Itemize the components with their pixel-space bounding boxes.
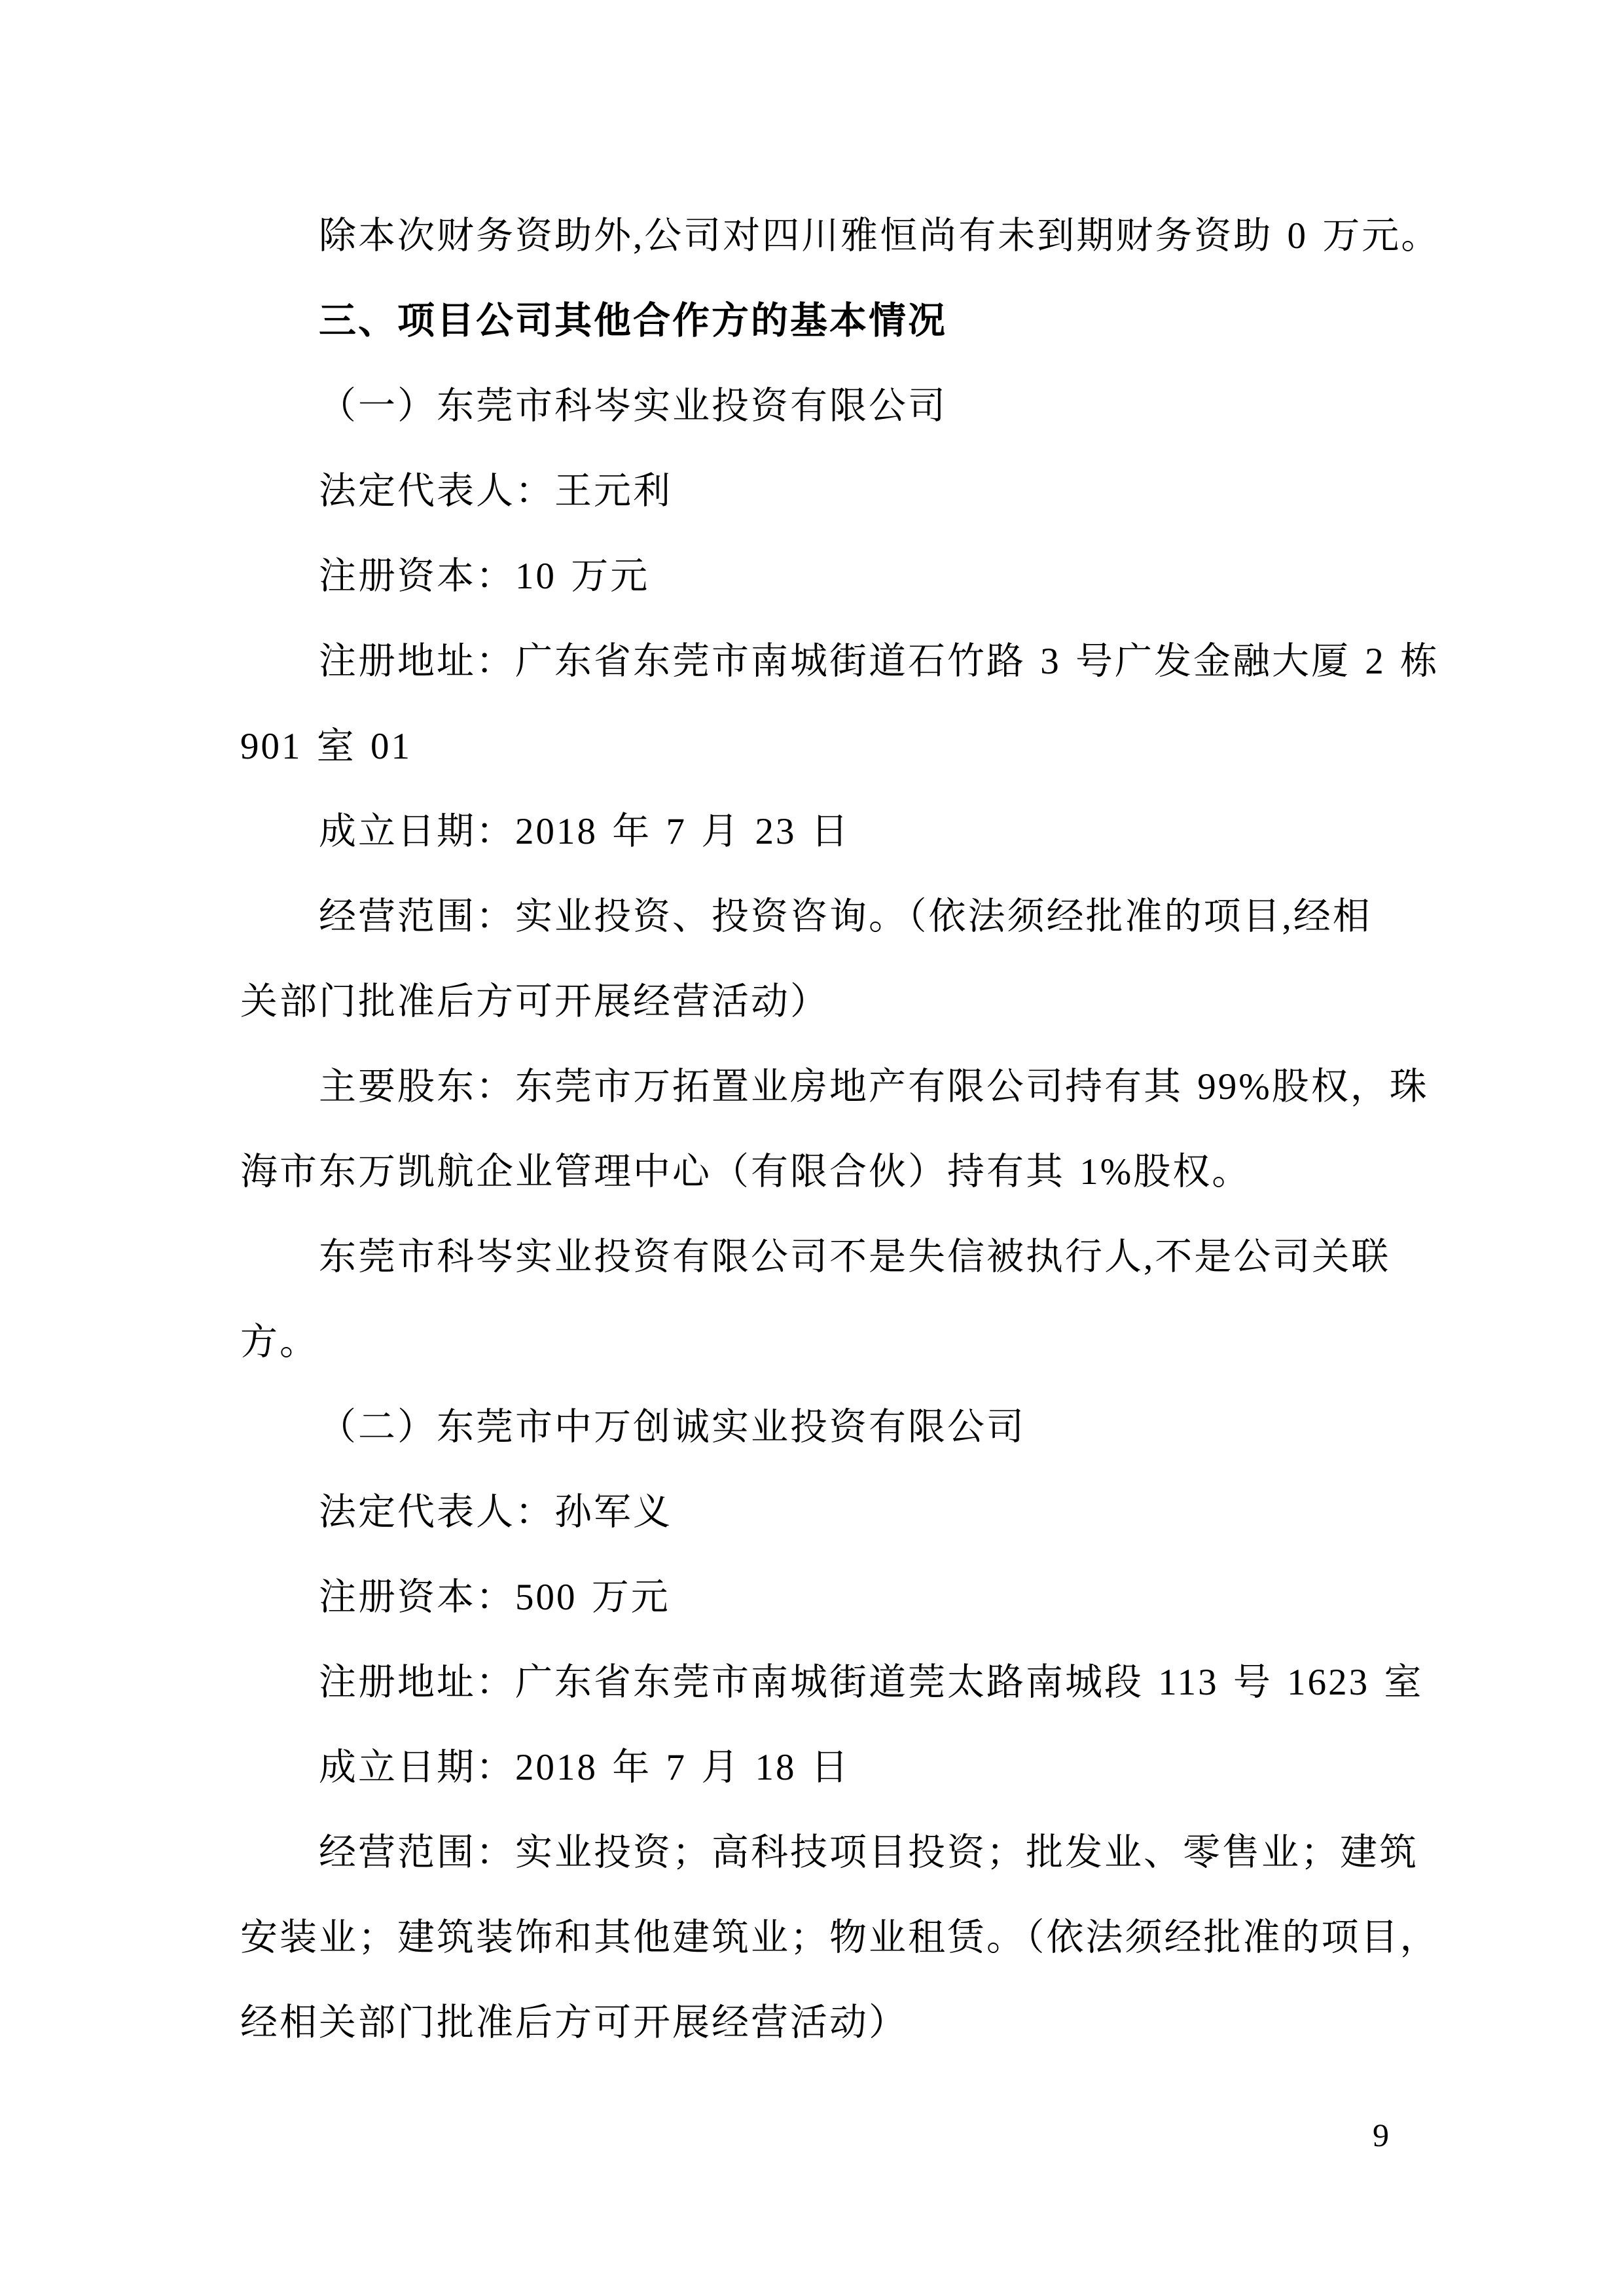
- company2-title: （二）东莞市中万创诚实业投资有限公司: [240, 1385, 1392, 1470]
- company2-legal-representative: 法定代表人：孙军义: [240, 1470, 1392, 1555]
- company2-business-scope-line3: 经相关部门批准后方可开展经营活动）: [240, 1981, 1392, 2066]
- company1-establishment-date: 成立日期：2018 年 7 月 23 日: [240, 789, 1392, 874]
- section-heading: 三、项目公司其他合作方的基本情况: [240, 279, 1392, 364]
- company2-establishment-date: 成立日期：2018 年 7 月 18 日: [240, 1725, 1392, 1810]
- company1-registered-address-line1: 注册地址：广东省东莞市南城街道石竹路 3 号广发金融大厦 2 栋: [240, 619, 1392, 704]
- company1-registered-capital: 注册资本：10 万元: [240, 534, 1392, 619]
- company2-registered-capital: 注册资本：500 万元: [240, 1555, 1392, 1640]
- document-body: 除本次财务资助外,公司对四川雅恒尚有未到期财务资助 0 万元。 三、项目公司其他…: [240, 194, 1392, 2066]
- company1-major-shareholders-line2: 海市东万凯航企业管理中心（有限合伙）持有其 1%股权。: [240, 1130, 1392, 1215]
- company1-credit-statement-line2: 方。: [240, 1300, 1392, 1385]
- company1-legal-representative: 法定代表人：王元利: [240, 449, 1392, 534]
- company2-business-scope-line2: 安装业；建筑装饰和其他建筑业；物业租赁。（依法须经批准的项目，: [240, 1895, 1392, 1981]
- company2-business-scope-line1: 经营范围：实业投资；高科技项目投资；批发业、零售业；建筑: [240, 1810, 1392, 1895]
- company1-title: （一）东莞市科岑实业投资有限公司: [240, 364, 1392, 449]
- paragraph-financial-aid-note: 除本次财务资助外,公司对四川雅恒尚有未到期财务资助 0 万元。: [240, 194, 1392, 279]
- company1-credit-statement-line1: 东莞市科岑实业投资有限公司不是失信被执行人,不是公司关联: [240, 1215, 1392, 1300]
- company1-business-scope-line2: 关部门批准后方可开展经营活动）: [240, 960, 1392, 1045]
- document-page: 除本次财务资助外,公司对四川雅恒尚有未到期财务资助 0 万元。 三、项目公司其他…: [0, 0, 1624, 2296]
- company1-major-shareholders-line1: 主要股东：东莞市万拓置业房地产有限公司持有其 99%股权，珠: [240, 1045, 1392, 1130]
- company1-business-scope-line1: 经营范围：实业投资、投资咨询。（依法须经批准的项目,经相: [240, 874, 1392, 960]
- company2-registered-address: 注册地址：广东省东莞市南城街道莞太路南城段 113 号 1623 室: [240, 1640, 1392, 1725]
- page-number: 9: [240, 2115, 1389, 2155]
- company1-registered-address-line2: 901 室 01: [240, 704, 1392, 789]
